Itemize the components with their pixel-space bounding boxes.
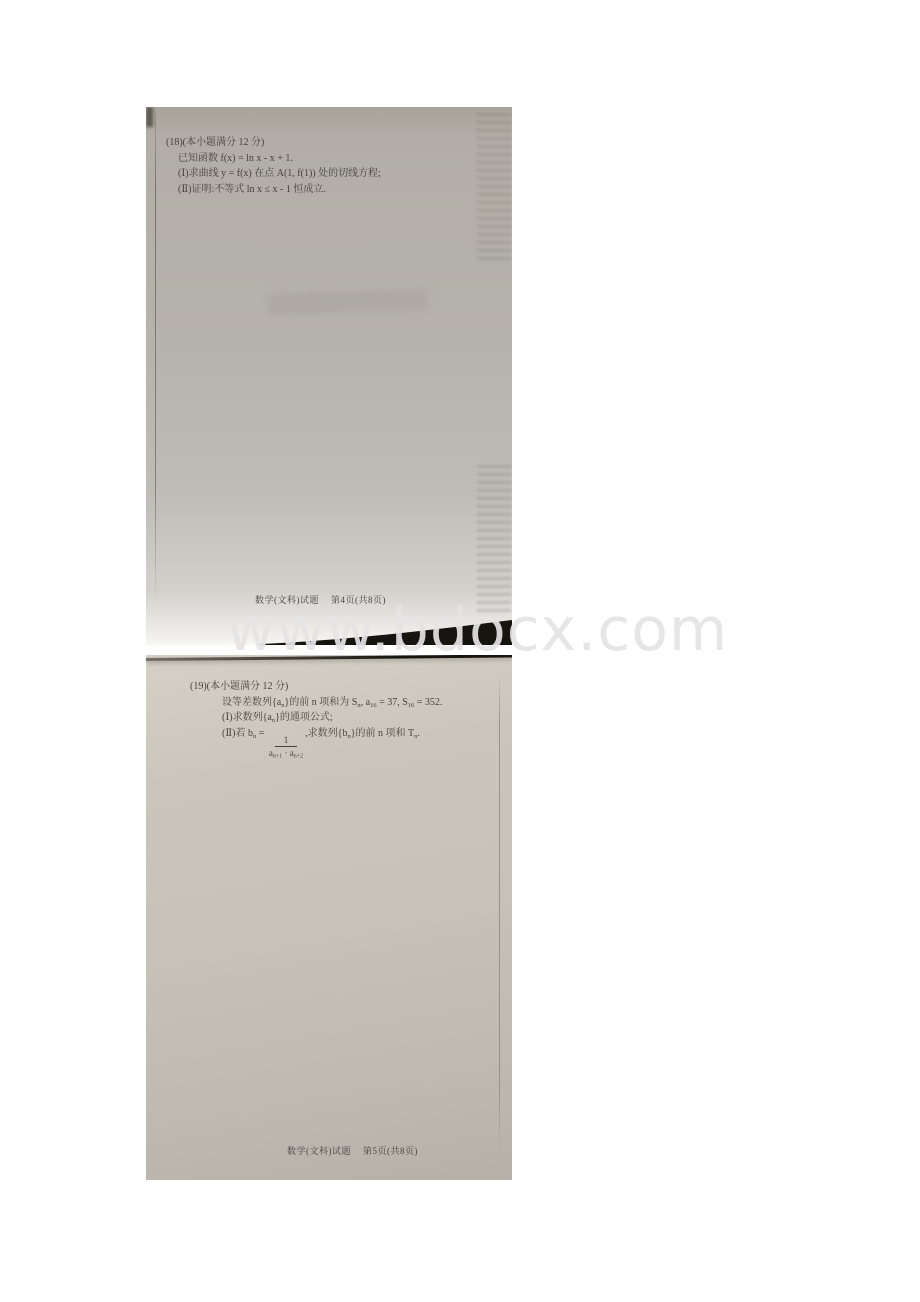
problem-19-part2: (Ⅱ)若 bn = 1an+1 · an+2,求数列{bn}的前 n 项和 Tn… [222, 726, 442, 759]
paper-fold-line [499, 673, 500, 1155]
problem-18-part1: (Ⅰ)求曲线 y = f(x) 在点 A(1, f(1)) 处的切线方程; [178, 166, 381, 182]
watermark-text: www.bdocx.com [226, 598, 728, 662]
fraction: 1an+1 · an+2 [269, 735, 303, 759]
problem-18-part2: (Ⅱ)证明:不等式 ln x ≤ x - 1 恒成立. [178, 182, 381, 198]
problem-19: (19)(本小题满分 12 分) 设等差数列{an}的前 n 项和为 Sn, a… [190, 679, 442, 758]
problem-19-part1: (Ⅰ)求数列{an}的通项公式; [222, 710, 442, 726]
scanned-page-5: (19)(本小题满分 12 分) 设等差数列{an}的前 n 项和为 Sn, a… [146, 655, 512, 1180]
paper-fold-line [155, 111, 156, 607]
footer-title: 数学(文科)试题 [287, 1146, 351, 1156]
problem-18-heading: (18)(本小题满分 12 分) [166, 135, 381, 151]
scanned-page-4: (18)(本小题满分 12 分) 已知函数 f(x) = ln x - x + … [146, 107, 512, 645]
footer-page-number: 第5页(共8页) [363, 1146, 418, 1156]
page-5-footer: 数学(文科)试题第5页(共8页) [287, 1144, 418, 1157]
screenshot-canvas: (18)(本小题满分 12 分) 已知函数 f(x) = ln x - x + … [0, 0, 920, 1302]
problem-18-given: 已知函数 f(x) = ln x - x + 1. [178, 151, 381, 167]
problem-19-heading: (19)(本小题满分 12 分) [190, 679, 442, 695]
problem-19-given: 设等差数列{an}的前 n 项和为 Sn, a16 = 37, S16 = 35… [222, 695, 442, 711]
scan-corner-smudge [146, 107, 153, 127]
bleed-through-text-top [477, 113, 511, 263]
bleed-through-text-middle [268, 288, 429, 316]
problem-18: (18)(本小题满分 12 分) 已知函数 f(x) = ln x - x + … [166, 135, 381, 197]
